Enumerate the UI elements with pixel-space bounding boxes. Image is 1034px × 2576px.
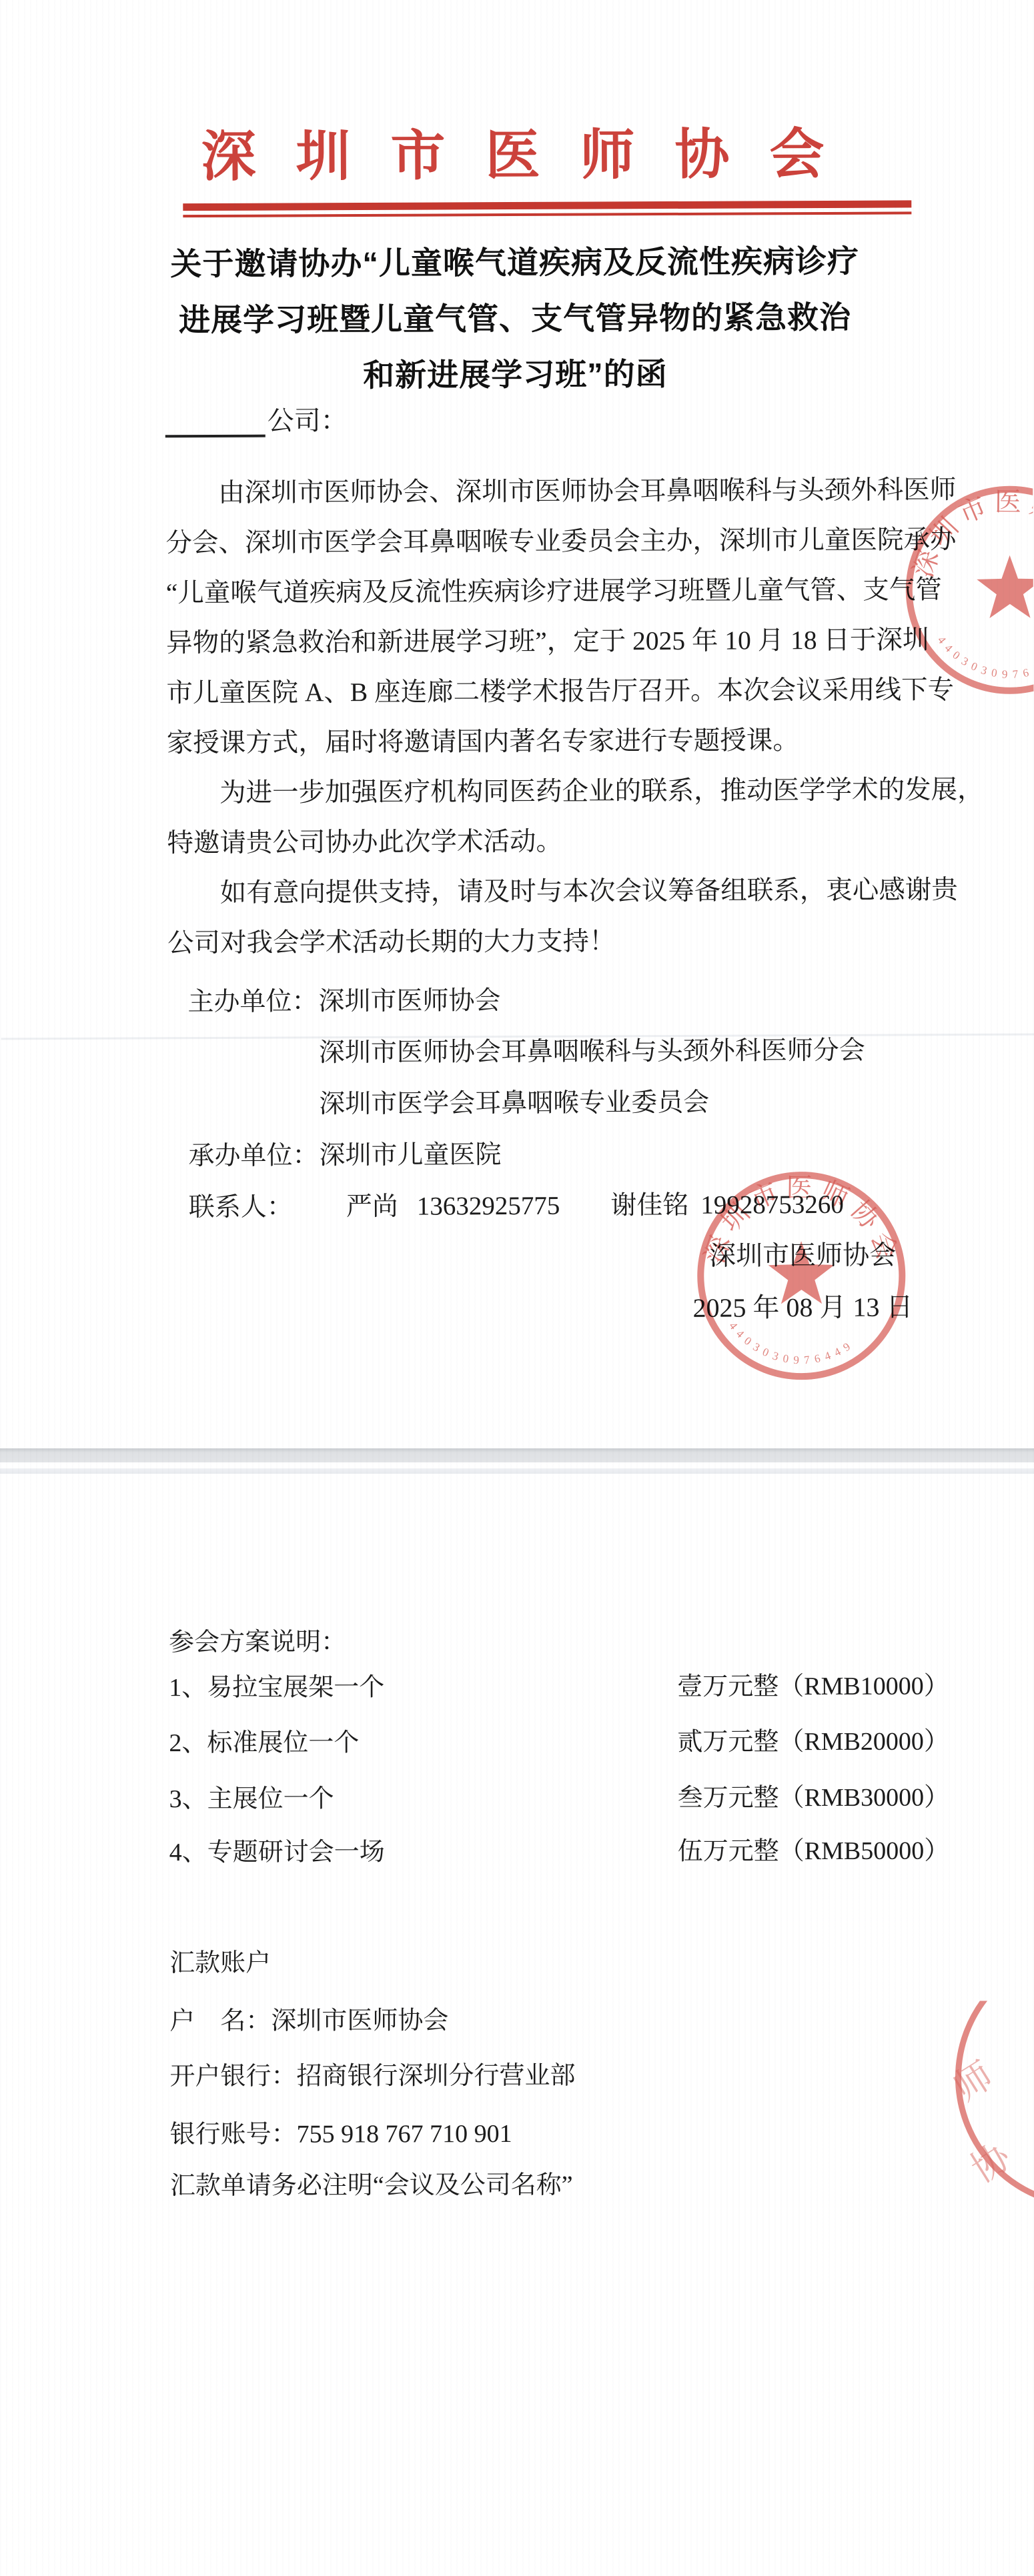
bank-label: 开户银行： <box>169 2063 296 2091</box>
plan-item-label: 2、标准展位一个 <box>169 1725 359 1760</box>
participation-plan-title: 参会方案说明： <box>169 1625 346 1660</box>
account-no-value: 755 918 767 710 901 <box>297 2120 512 2149</box>
page-2: 参会方案说明： 1、易拉宝展架一个 壹万元整（RMB10000） 2、标准展位一… <box>0 0 1034 2576</box>
plan-item-row: 4、专题研讨会一场 伍万元整（RMB50000） <box>0 1833 1034 1870</box>
official-red-seal-fragment: 师 协 <box>946 2001 1034 2207</box>
remittance-title: 汇款账户 <box>169 1946 271 1981</box>
plan-item-amount: 贰万元整（RMB20000） <box>677 1724 949 1760</box>
remittance-account-name-row: 户 名：深圳市医师协会 <box>169 2003 448 2039</box>
bank-value: 招商银行深圳分行营业部 <box>296 2062 575 2091</box>
account-name-value: 深圳市医师协会 <box>271 2007 448 2035</box>
scanned-letter-document: 深圳市医师协会 关于邀请协办“儿童喉气道疾病及反流性疾病诊疗 进展学习班暨儿童气… <box>0 0 1034 2576</box>
plan-item-amount: 壹万元整（RMB10000） <box>677 1669 949 1704</box>
plan-item-row: 2、标准展位一个 贰万元整（RMB20000） <box>0 1724 1033 1760</box>
remittance-note: 汇款单请务必注明“会议及公司名称” <box>170 2168 573 2203</box>
seal-fragment-char: 师 <box>947 2055 1000 2109</box>
remittance-account-no-row: 银行账号：755 918 767 710 901 <box>170 2117 512 2152</box>
plan-item-row: 3、主展位一个 叁万元整（RMB30000） <box>0 1780 1034 1816</box>
plan-item-label: 4、专题研讨会一场 <box>169 1834 385 1870</box>
plan-item-row: 1、易拉宝展架一个 壹万元整（RMB10000） <box>0 1668 1033 1705</box>
account-no-label: 银行账号： <box>170 2121 297 2149</box>
remittance-bank-row: 开户银行：招商银行深圳分行营业部 <box>169 2059 575 2094</box>
account-name-label: 户 名： <box>169 2007 271 2035</box>
plan-item-amount: 伍万元整（RMB50000） <box>678 1834 950 1869</box>
plan-item-label: 3、主展位一个 <box>169 1782 334 1817</box>
plan-item-amount: 叁万元整（RMB30000） <box>678 1780 950 1816</box>
plan-item-label: 1、易拉宝展架一个 <box>169 1670 384 1705</box>
